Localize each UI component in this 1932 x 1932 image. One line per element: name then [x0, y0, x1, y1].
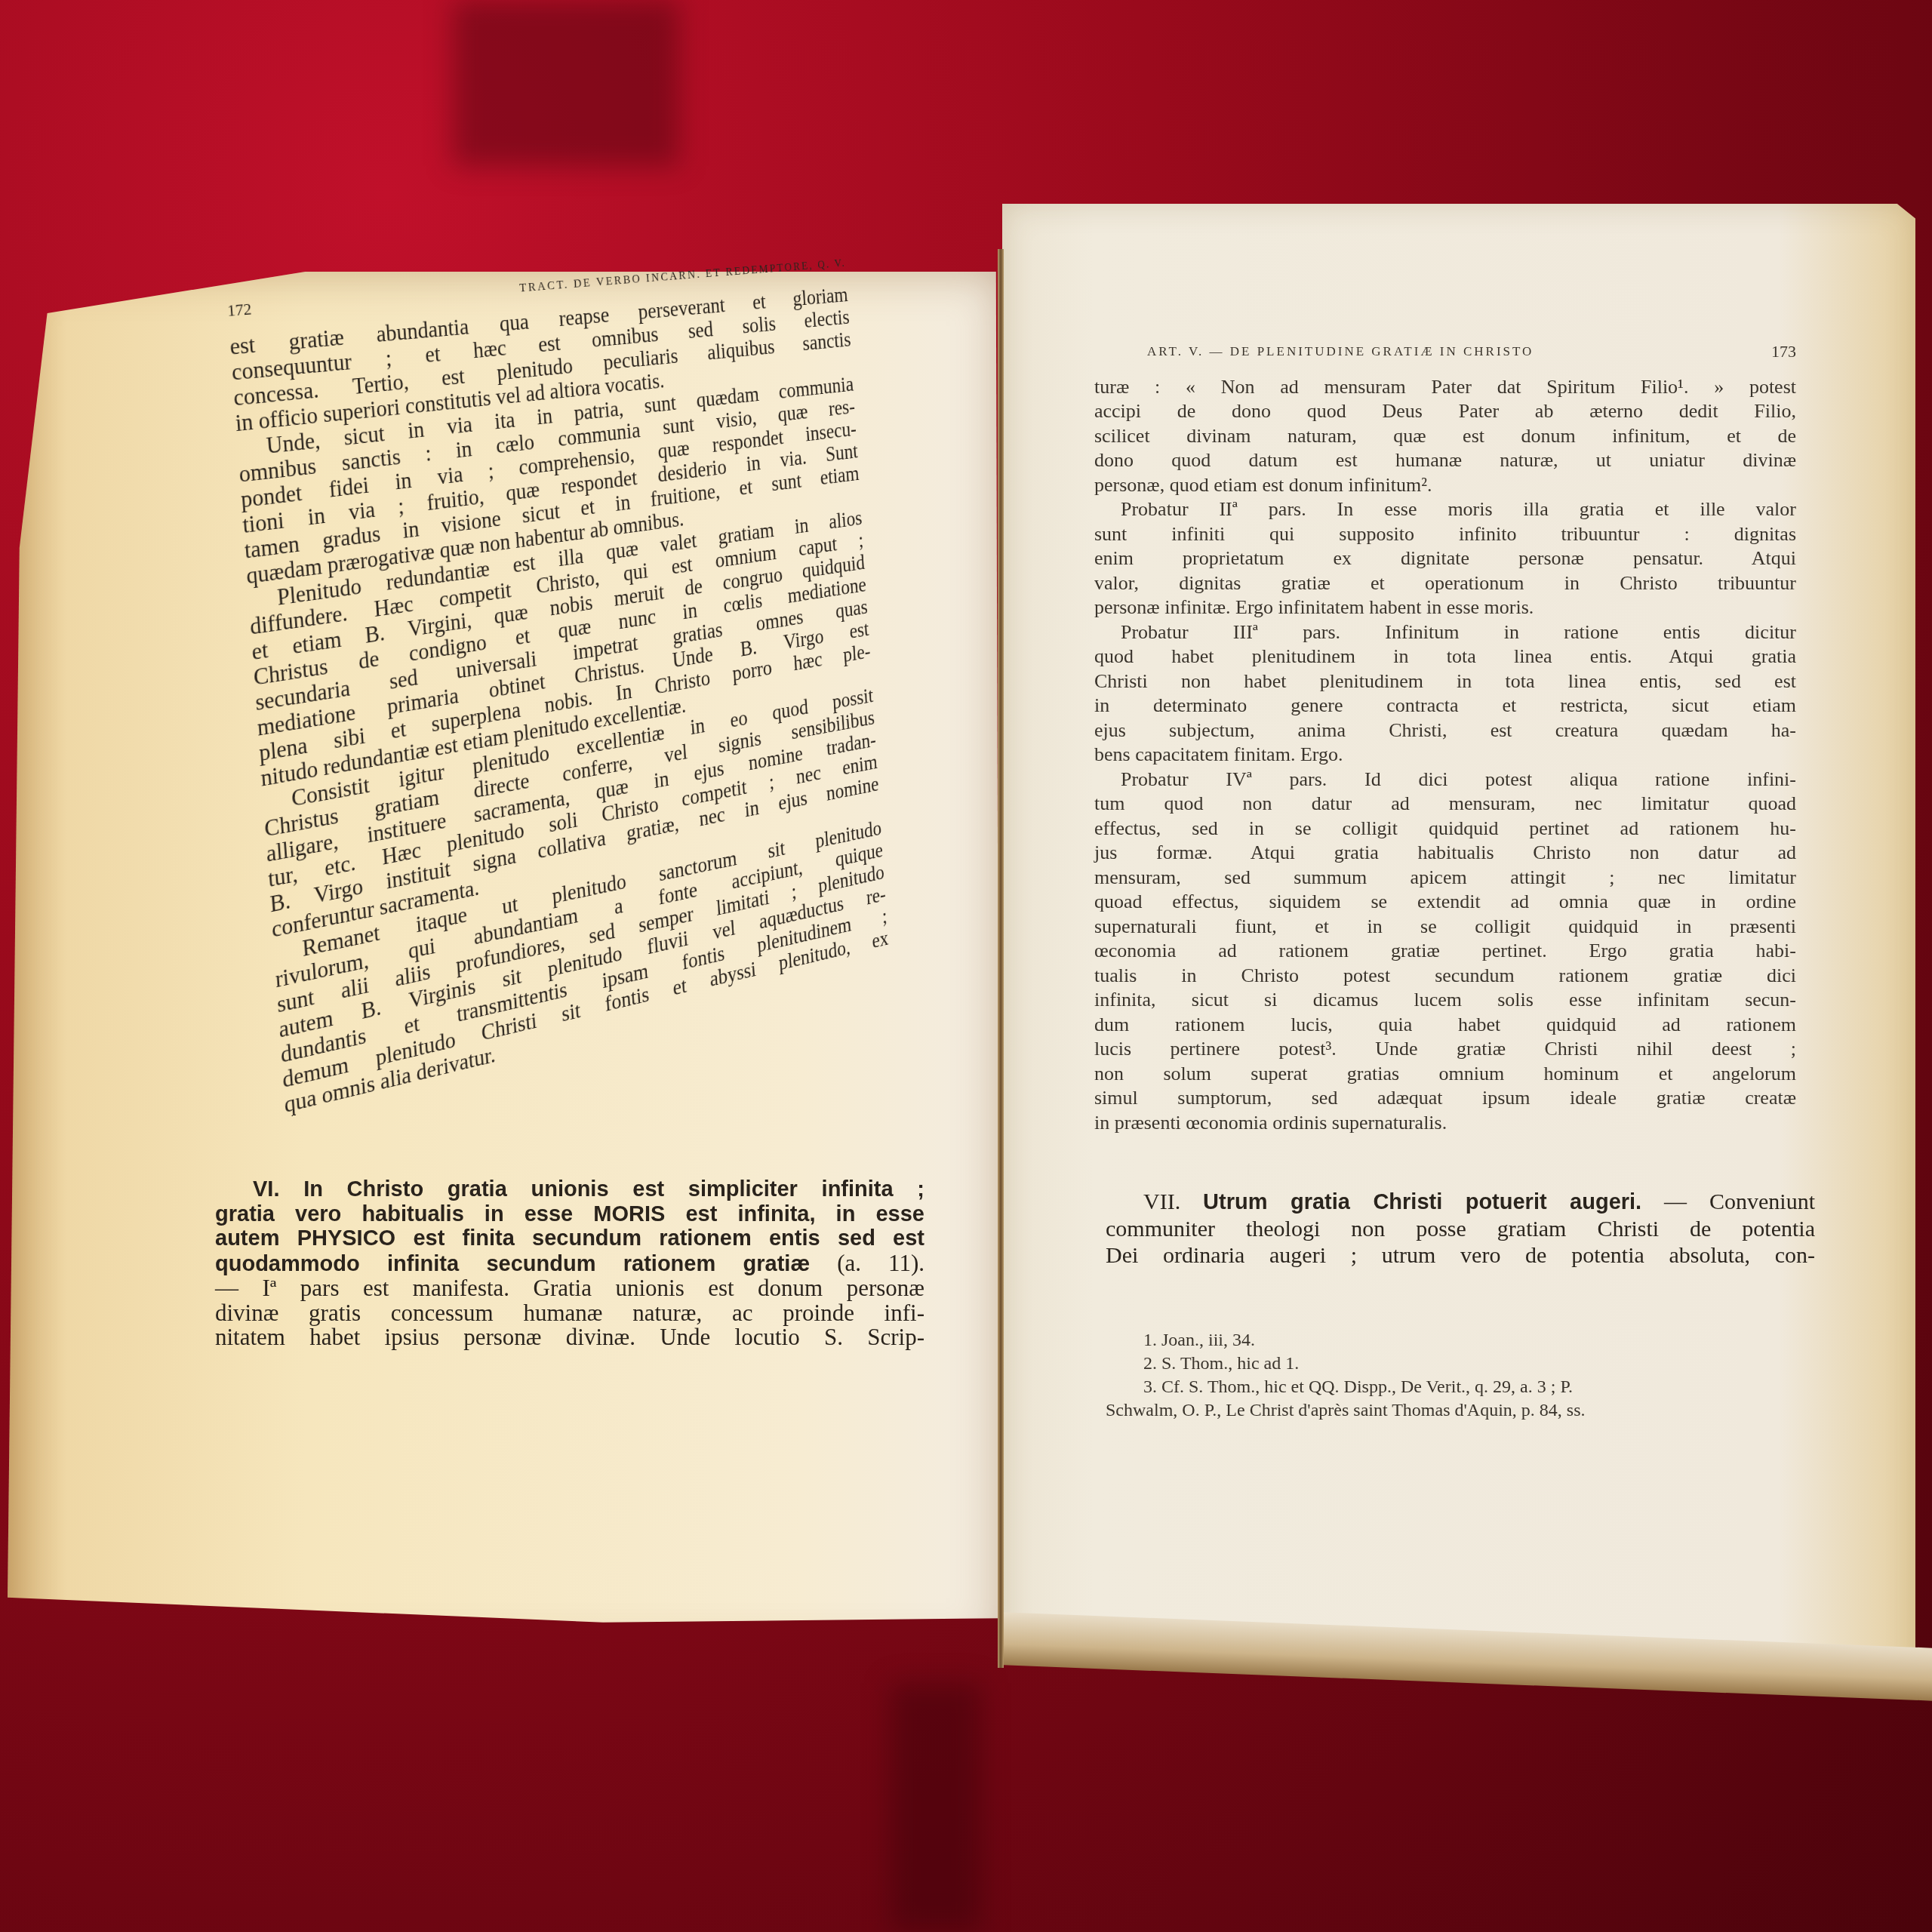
right-page-text: ART. V. — DE PLENITUDINE GRATIÆ IN CHRIS…: [1094, 340, 1796, 1135]
text-line: dum rationem lucis, quia habet quidquid …: [1094, 1013, 1796, 1038]
text-line: nitatem habet ipsius personæ divinæ. Und…: [215, 1325, 924, 1350]
text-line: non solum superat gratias omnium hominum…: [1094, 1062, 1796, 1087]
text-line: mensuram, sed summum apicem attingit ; n…: [1094, 866, 1796, 891]
section-heading-line: gratia vero habitualis in esse MORIS est…: [215, 1202, 924, 1227]
right-page-number: 173: [1771, 340, 1796, 365]
text-line: dono quod datum est humanæ naturæ, ut un…: [1094, 448, 1796, 473]
open-book: 172 TRACT. DE VERBO INCARN. ET REDEMPTOR…: [0, 0, 1932, 1932]
text-line: sunt infiniti qui supposito infinito tri…: [1094, 522, 1796, 547]
text-line: Probatur IIIª pars. Infinitum in ratione…: [1094, 620, 1796, 645]
text-line: enim proprietatum ex dignitate personæ p…: [1094, 546, 1796, 571]
section-heading-line: VII. Utrum gratia Christi potuerit auger…: [1106, 1189, 1815, 1216]
text-line: infinita, sicut si dicamus lucem solis e…: [1094, 988, 1796, 1013]
footnotes: 1. Joan., iii, 34. 2. S. Thom., hic ad 1…: [1106, 1329, 1815, 1423]
section-body-start: — Conveniunt: [1664, 1189, 1815, 1214]
text-line: supernaturali fiunt, et in se colligit q…: [1094, 915, 1796, 940]
text-line: Dei ordinaria augeri ; utrum vero de pot…: [1106, 1242, 1815, 1269]
text-line: in præsenti œconomia ordinis supernatura…: [1094, 1111, 1796, 1136]
text-line: personæ infinitæ. Ergo infinitatem haben…: [1094, 595, 1796, 620]
footnote: Schwalm, O. P., Le Christ d'après saint …: [1106, 1399, 1815, 1423]
text-line: quod habet plenitudinem in tota linea en…: [1094, 645, 1796, 669]
text-line: accipi de dono quod Deus Pater ab æterno…: [1094, 399, 1796, 424]
text-line: personæ, quod etiam est donum infinitum²…: [1094, 473, 1796, 498]
text-line: bens capacitatem finitam. Ergo.: [1094, 743, 1796, 768]
section-vii: VII. Utrum gratia Christi potuerit auger…: [1106, 1189, 1815, 1423]
text-line: scilicet divinam naturam, quæ est donum …: [1094, 424, 1796, 449]
book-gutter: [998, 249, 1004, 1668]
section-heading-line: quodammodo infinita secundum rationem gr…: [215, 1251, 924, 1277]
text-line: Probatur IVª pars. Id dici potest aliqua…: [1094, 768, 1796, 792]
right-running-head: ART. V. — DE PLENITUDINE GRATIÆ IN CHRIS…: [1094, 340, 1796, 365]
text-line: communiter theologi non posse gratiam Ch…: [1106, 1216, 1815, 1242]
text-line: quoad effectus, siquidem se extendit ad …: [1094, 890, 1796, 915]
text-line: tualis in Christo potest secundum ration…: [1094, 964, 1796, 989]
text-line: in determinato genere contracta et restr…: [1094, 694, 1796, 718]
section-heading-line: VI. In Christo gratia unionis est simpli…: [215, 1177, 924, 1202]
section-heading-ref: (a. 11).: [837, 1250, 924, 1276]
left-page-text: 172 TRACT. DE VERBO INCARN. ET REDEMPTOR…: [226, 251, 891, 1118]
section-heading-line: autem PHYSICO est finita secundum ration…: [215, 1226, 924, 1251]
footnote: 1. Joan., iii, 34.: [1143, 1329, 1815, 1352]
text-line: simul sumptorum, sed adæquat ipsum ideal…: [1094, 1086, 1796, 1111]
text-line: tum quod non datur ad mensuram, nec limi…: [1094, 792, 1796, 817]
text-line: œconomia ad rationem gratiæ pertinet. Er…: [1094, 939, 1796, 964]
left-page-number: 172: [226, 297, 252, 324]
text-line: jus formæ. Atqui gratia habitualis Chris…: [1094, 841, 1796, 866]
text-line: effectus, sed in se colligit quidquid pe…: [1094, 817, 1796, 841]
text-line: ejus subjectum, anima Christi, est creat…: [1094, 718, 1796, 743]
section-heading: Utrum gratia Christi potuerit augeri.: [1203, 1190, 1641, 1214]
text-line: Probatur IIª pars. In esse moris illa gr…: [1094, 497, 1796, 522]
footnote: 3. Cf. S. Thom., hic et QQ. Dispp., De V…: [1143, 1376, 1815, 1399]
text-line: — Iª pars est manifesta. Gratia unionis …: [215, 1276, 924, 1301]
text-line: divinæ gratis concessum humanæ naturæ, a…: [215, 1301, 924, 1326]
text-line: valor, dignitas gratiæ et operationum in…: [1094, 571, 1796, 596]
right-running-head-title: ART. V. — DE PLENITUDINE GRATIÆ IN CHRIS…: [1094, 340, 1534, 365]
footnote: 2. S. Thom., hic ad 1.: [1143, 1352, 1815, 1376]
section-number: VII.: [1143, 1189, 1180, 1214]
text-line: turæ : « Non ad mensuram Pater dat Spiri…: [1094, 375, 1796, 400]
section-heading-tail: quodammodo infinita secundum rationem gr…: [215, 1252, 810, 1276]
text-line: Christi non habet plenitudinem in tota l…: [1094, 669, 1796, 694]
section-vi: VI. In Christo gratia unionis est simpli…: [215, 1177, 924, 1350]
text-line: lucis pertinere potest³. Unde gratiæ Chr…: [1094, 1037, 1796, 1062]
